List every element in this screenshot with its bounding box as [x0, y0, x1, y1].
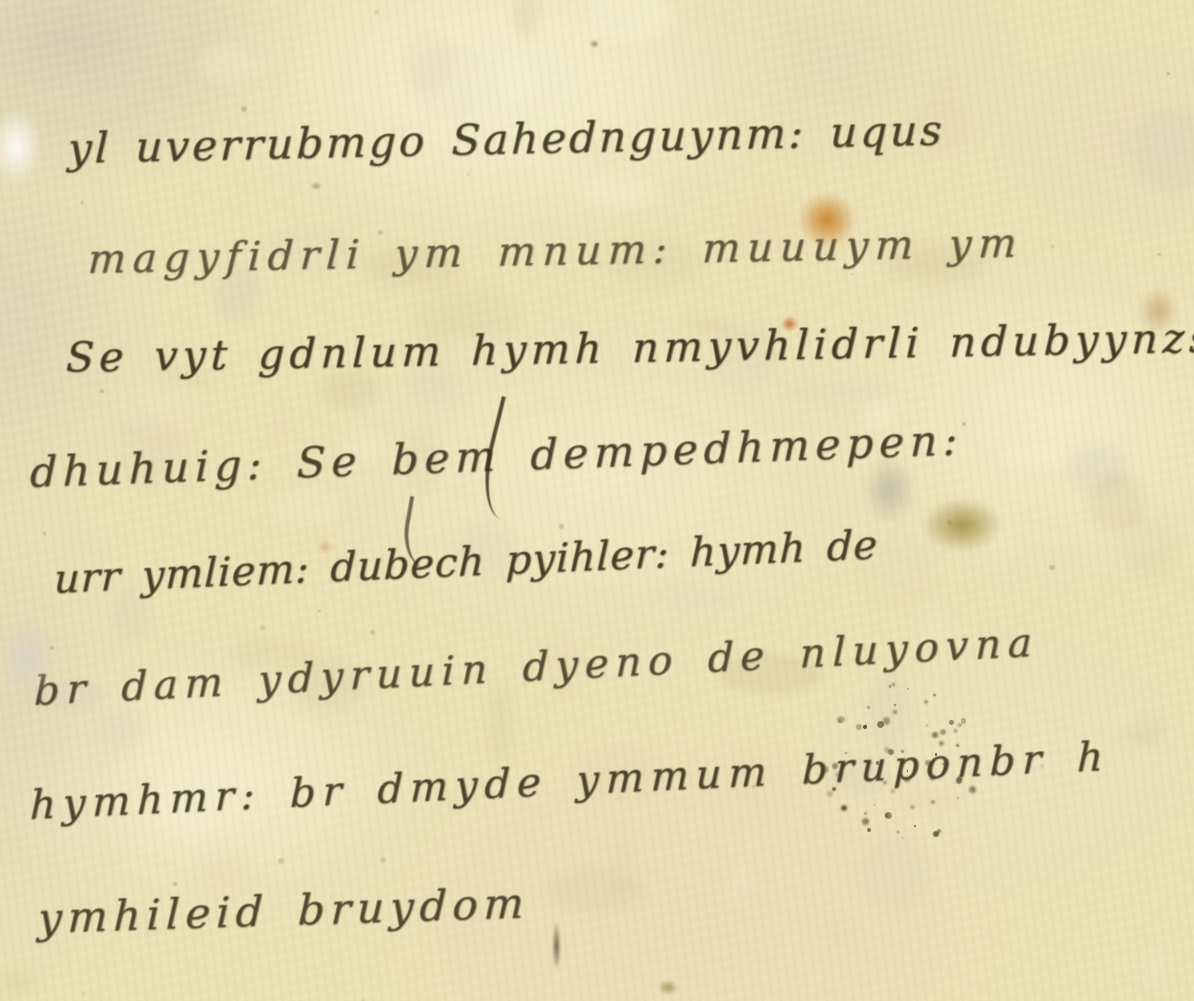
parchment-blotch	[579, 177, 665, 207]
ink-speckle	[874, 804, 876, 806]
ink-speckle	[867, 706, 870, 709]
parchment-blotch	[1000, 445, 1064, 468]
ink-speckle	[914, 825, 916, 827]
ink-speckle	[893, 710, 897, 714]
ink-speckle	[867, 828, 871, 832]
handwritten-line-8: ymhileid bruydom	[37, 883, 530, 941]
ink-speckle	[856, 724, 862, 730]
handwritten-line-7: hymhmr: br dmyde ymmum bruponbr h	[30, 737, 1111, 826]
olive-speck	[658, 980, 678, 995]
handwritten-line-2: magyfidrli ym mnum: muuuym ym	[87, 224, 1024, 280]
parchment-speck	[260, 625, 265, 630]
parchment-blotch	[200, 45, 257, 82]
ink-speckle	[937, 829, 941, 833]
parchment-blotch	[488, 682, 514, 766]
parchment-speck	[1167, 72, 1170, 75]
parchment-blotch	[608, 825, 635, 896]
parchment-blotch	[1142, 950, 1167, 995]
stray-ink-mark	[552, 922, 561, 970]
ink-speckle	[932, 732, 938, 738]
parchment-blotch	[100, 710, 145, 749]
parchment-speck	[380, 857, 386, 863]
olive-brown-stain	[922, 498, 1002, 552]
parchment-blotch	[1089, 473, 1145, 532]
parchment-speck	[1051, 245, 1054, 248]
parchment-speck	[947, 520, 952, 525]
dark-speck	[590, 40, 599, 48]
parchment-blotch	[544, 868, 644, 914]
ink-speckle	[958, 723, 962, 727]
ink-speckle	[863, 725, 867, 729]
ink-speckle	[885, 812, 892, 819]
parchment-blotch	[1070, 448, 1128, 493]
parchment-speck	[278, 858, 284, 864]
ink-speckle	[933, 694, 935, 696]
parchment-blotch	[818, 916, 857, 956]
ink-speckle	[892, 683, 895, 686]
ink-speckle	[865, 724, 867, 726]
parchment-blotch	[1121, 516, 1178, 582]
ink-speckle	[907, 688, 909, 690]
ink-speckle	[954, 729, 957, 732]
parchment-speck	[173, 882, 177, 886]
parchment-blotch	[404, 33, 452, 92]
parchment-blotch	[867, 673, 912, 752]
parchment-blotch	[1112, 706, 1155, 732]
ink-speckle	[897, 831, 899, 833]
ink-speckle	[940, 729, 946, 735]
parchment-speck	[374, 10, 379, 15]
parchment-blotch	[653, 587, 735, 612]
ink-speckle	[924, 700, 928, 704]
parchment-blotch	[1124, 712, 1165, 749]
parchment-speck	[83, 992, 86, 995]
ink-speckle	[877, 721, 884, 728]
parchment-blotch	[980, 506, 1020, 569]
handwritten-line-5: urr ymliem: dubech pyihler: hymh de	[53, 525, 878, 600]
ink-speckle	[838, 719, 842, 723]
ink-speckle	[894, 704, 896, 706]
parchment-speck	[467, 173, 470, 176]
ink-speckle	[949, 720, 954, 725]
ink-speckle	[883, 717, 890, 724]
ink-speckle	[931, 800, 935, 804]
handwritten-line-1: yl uverrubmgo Sahednguynm: uqus	[67, 110, 945, 170]
ink-speckle	[862, 818, 869, 825]
parchment-speck	[241, 106, 247, 112]
parchment-blotch	[587, 0, 675, 43]
handwritten-line-3: Se vyt gdnlum hymh nmyvhlidrli ndubyynzs…	[65, 316, 1194, 379]
parchment-blotch	[858, 831, 929, 910]
parchment-blotch	[0, 975, 35, 990]
parchment-speck	[318, 610, 321, 613]
parchment-speck	[81, 201, 84, 204]
parchment-blotch	[410, 45, 497, 118]
parchment-blotch	[1135, 110, 1194, 194]
manuscript-page: yl uverrubmgo Sahednguynm: uqus magyfidr…	[0, 0, 1194, 1001]
parchment-blotch	[787, 380, 890, 407]
ink-speckle	[961, 718, 966, 723]
dark-speck	[310, 182, 322, 190]
parchment-blotch	[730, 860, 750, 907]
parchment-speck	[1049, 565, 1055, 571]
ink-speckle	[957, 797, 959, 799]
ink-speckle	[926, 724, 929, 727]
parchment-speck	[100, 389, 103, 392]
parchment-blotch	[268, 487, 340, 528]
parchment-speck	[370, 630, 375, 635]
parchment-blotch	[32, 714, 128, 767]
parchment-blotch	[515, 0, 538, 38]
parchment-speck	[43, 532, 46, 535]
parchment-speck	[851, 273, 854, 276]
ink-speckle	[933, 831, 940, 838]
parchment-blotch	[895, 787, 966, 810]
ink-speckle	[910, 805, 915, 810]
ink-speckle	[902, 837, 904, 839]
ink-speckle	[837, 716, 844, 723]
ink-speckle	[841, 805, 847, 811]
parchment-speck	[50, 646, 54, 650]
handwritten-line-6: br dam ydyruuin dyeno de nluyovna	[34, 623, 1040, 712]
ink-speckle	[889, 685, 892, 688]
ink-speckle	[969, 786, 976, 793]
white-damage-spot	[0, 110, 42, 184]
parchment-speck	[559, 524, 564, 529]
parchment-blotch	[120, 381, 208, 432]
ink-speckle	[885, 813, 890, 818]
ink-speckle	[864, 812, 867, 815]
handwritten-line-4: dhuhuig: Se bem dempedhmepen:	[30, 419, 964, 494]
parchment-speck	[1157, 253, 1161, 257]
